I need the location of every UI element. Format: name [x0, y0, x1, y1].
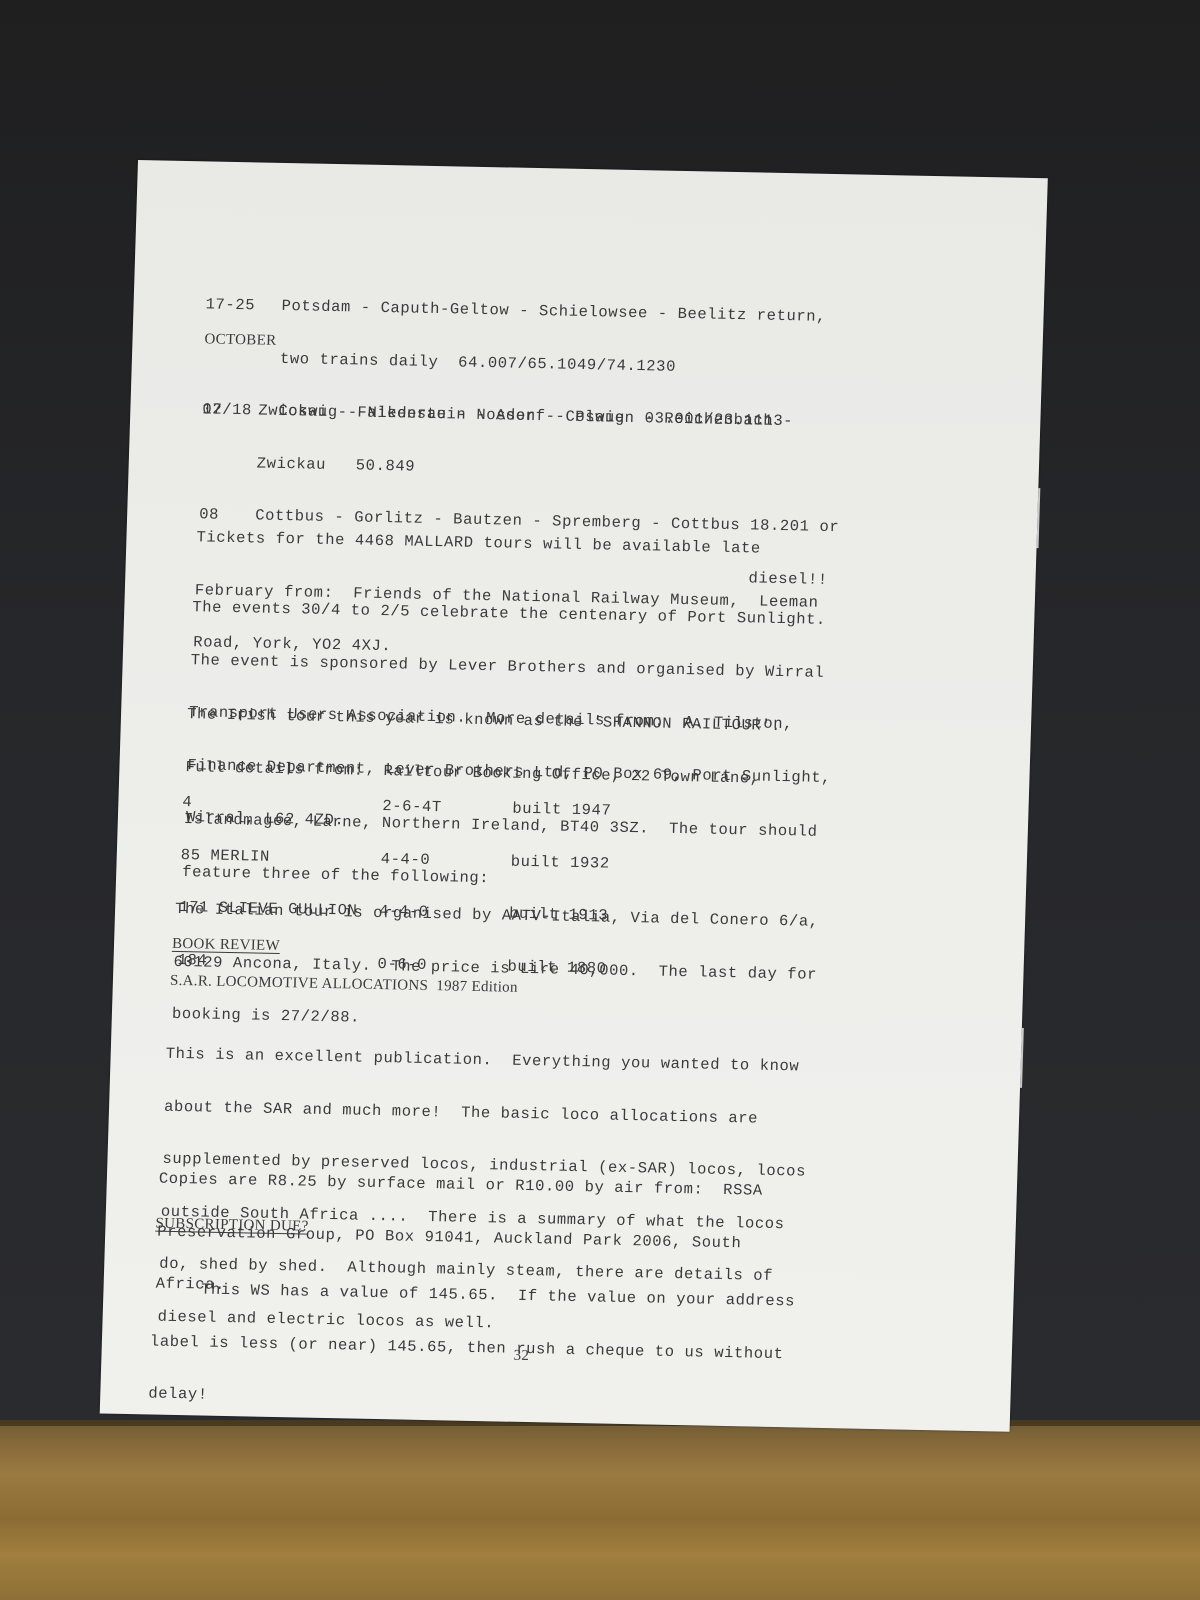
- document-page: 17-25Potsdam - Caputh-Geltow - Schielows…: [100, 160, 1048, 1432]
- built-year: built 1932: [510, 853, 610, 872]
- subscription-heading: SUBSCRIPTION DUE?: [155, 1216, 309, 1237]
- book-review-heading: BOOK REVIEW: [172, 936, 280, 956]
- line: The Irish tour this year is known as the…: [187, 706, 821, 736]
- line: This WS has a value of 145.65. If the va…: [151, 1281, 795, 1311]
- line: delay!: [148, 1385, 792, 1415]
- line: The Italian tour is organised by AATV-It…: [175, 901, 819, 931]
- wheel-arrangement: 2-6-4T: [382, 798, 513, 818]
- line: about the SAR and much more! The basic l…: [164, 1098, 808, 1128]
- line: Tickets for the 4468 MALLARD tours will …: [196, 529, 820, 559]
- entry-date: 02: [202, 401, 259, 420]
- subscription-body: This WS has a value of 145.65. If the va…: [147, 1246, 796, 1451]
- entry-date: 17-25: [205, 296, 282, 315]
- table-row: 42-6-4Tbuilt 1947: [182, 794, 611, 820]
- line: label is less (or near) 145.65, then rus…: [150, 1333, 794, 1363]
- line: The events 30/4 to 2/5 celebrate the cen…: [192, 599, 836, 629]
- wheel-arrangement: 4-4-0: [380, 851, 511, 871]
- entry-text: Zwickau 50.849: [257, 455, 416, 476]
- loco-name: 4: [182, 794, 382, 816]
- built-year: built 1947: [512, 801, 612, 820]
- month-heading: OCTOBER: [204, 331, 276, 350]
- loco-name: 85 MERLIN: [181, 847, 381, 869]
- line: Copies are R8.25 by surface mail or R10.…: [159, 1171, 763, 1201]
- entry-text: Zwickau - Falkenstein - Adorf - Plauen -…: [258, 402, 793, 430]
- line: This is an excellent publication. Everyt…: [165, 1046, 809, 1076]
- page-number: 32: [513, 1348, 529, 1366]
- entry-text: Potsdam - Caputh-Geltow - Schielowsee - …: [281, 298, 826, 326]
